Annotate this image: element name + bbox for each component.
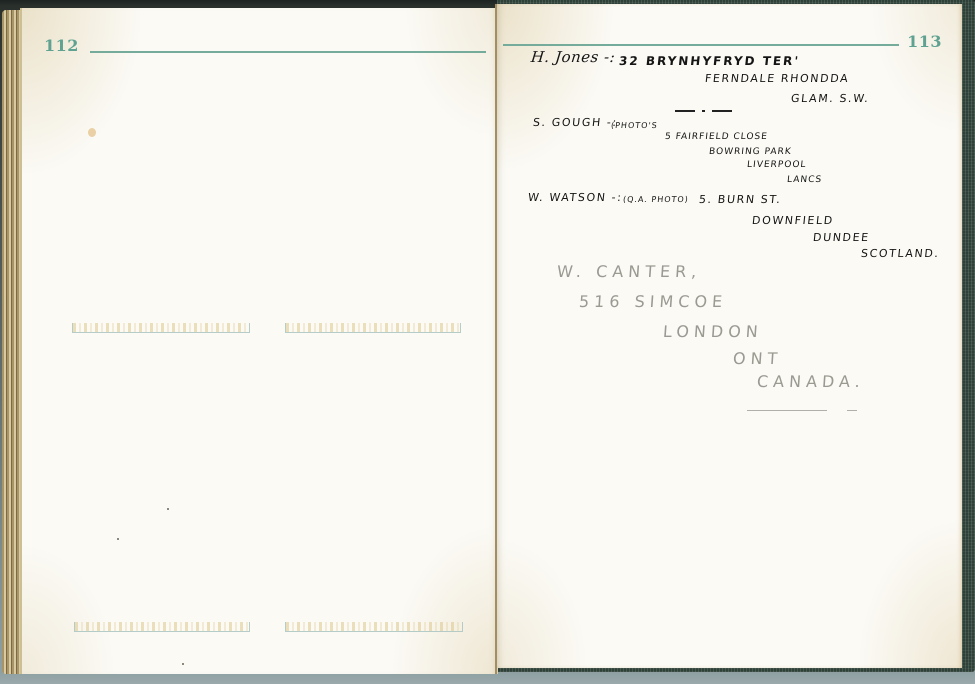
address-line: LANCS [786, 175, 822, 185]
address-line: LIVERPOOL [746, 160, 806, 170]
address-line: 32 BRYNHYFRYD TER' [618, 54, 800, 68]
pencil-underline [747, 410, 827, 411]
speck [117, 538, 119, 540]
address-line: BOWRING PARK [708, 147, 792, 157]
address-line: 5. BURN ST. [698, 193, 782, 206]
entry-name: W. CANTER, [556, 262, 702, 281]
address-line: FERNDALE RHONDDA [704, 72, 850, 85]
speck [167, 508, 169, 510]
address-line: CANADA. [756, 372, 865, 391]
offset-stamp-mark [285, 622, 463, 632]
separator-dash [712, 110, 732, 112]
offset-stamp-mark [74, 622, 250, 632]
page-number-right: 113 [907, 32, 942, 51]
entry-name: W. WATSON -: [527, 191, 623, 204]
address-line: 5 FAIRFIELD CLOSE [664, 132, 768, 142]
pencil-underline [847, 410, 857, 411]
separator-dash [675, 110, 695, 112]
address-line: DUNDEE [812, 231, 870, 244]
address-line: LONDON [662, 322, 763, 341]
offset-stamp-mark [285, 323, 461, 333]
address-line: ONT [732, 349, 783, 368]
separator-dot [702, 110, 705, 112]
offset-stamp-mark [72, 323, 250, 333]
address-line: SCOTLAND. [860, 247, 940, 260]
foxing-stain [88, 128, 96, 137]
entry-note: (PHOTO'S [611, 121, 659, 130]
page-number-left: 112 [44, 36, 79, 55]
header-rule-right [503, 44, 899, 46]
address-line: GLAM. S.W. [790, 92, 870, 105]
header-rule-left [90, 51, 486, 53]
left-page: 112 [20, 8, 498, 674]
speck [182, 663, 184, 665]
address-line: DOWNFIELD [751, 214, 834, 227]
entry-name: H. Jones -: [530, 48, 616, 66]
entry-name: S. GOUGH -: [532, 116, 618, 129]
address-line: 516 SIMCOE [578, 292, 728, 311]
entry-note: (Q.A. PHOTO) [623, 195, 690, 204]
right-page: 113 H. Jones -: 32 BRYNHYFRYD TER' FERND… [497, 4, 962, 668]
